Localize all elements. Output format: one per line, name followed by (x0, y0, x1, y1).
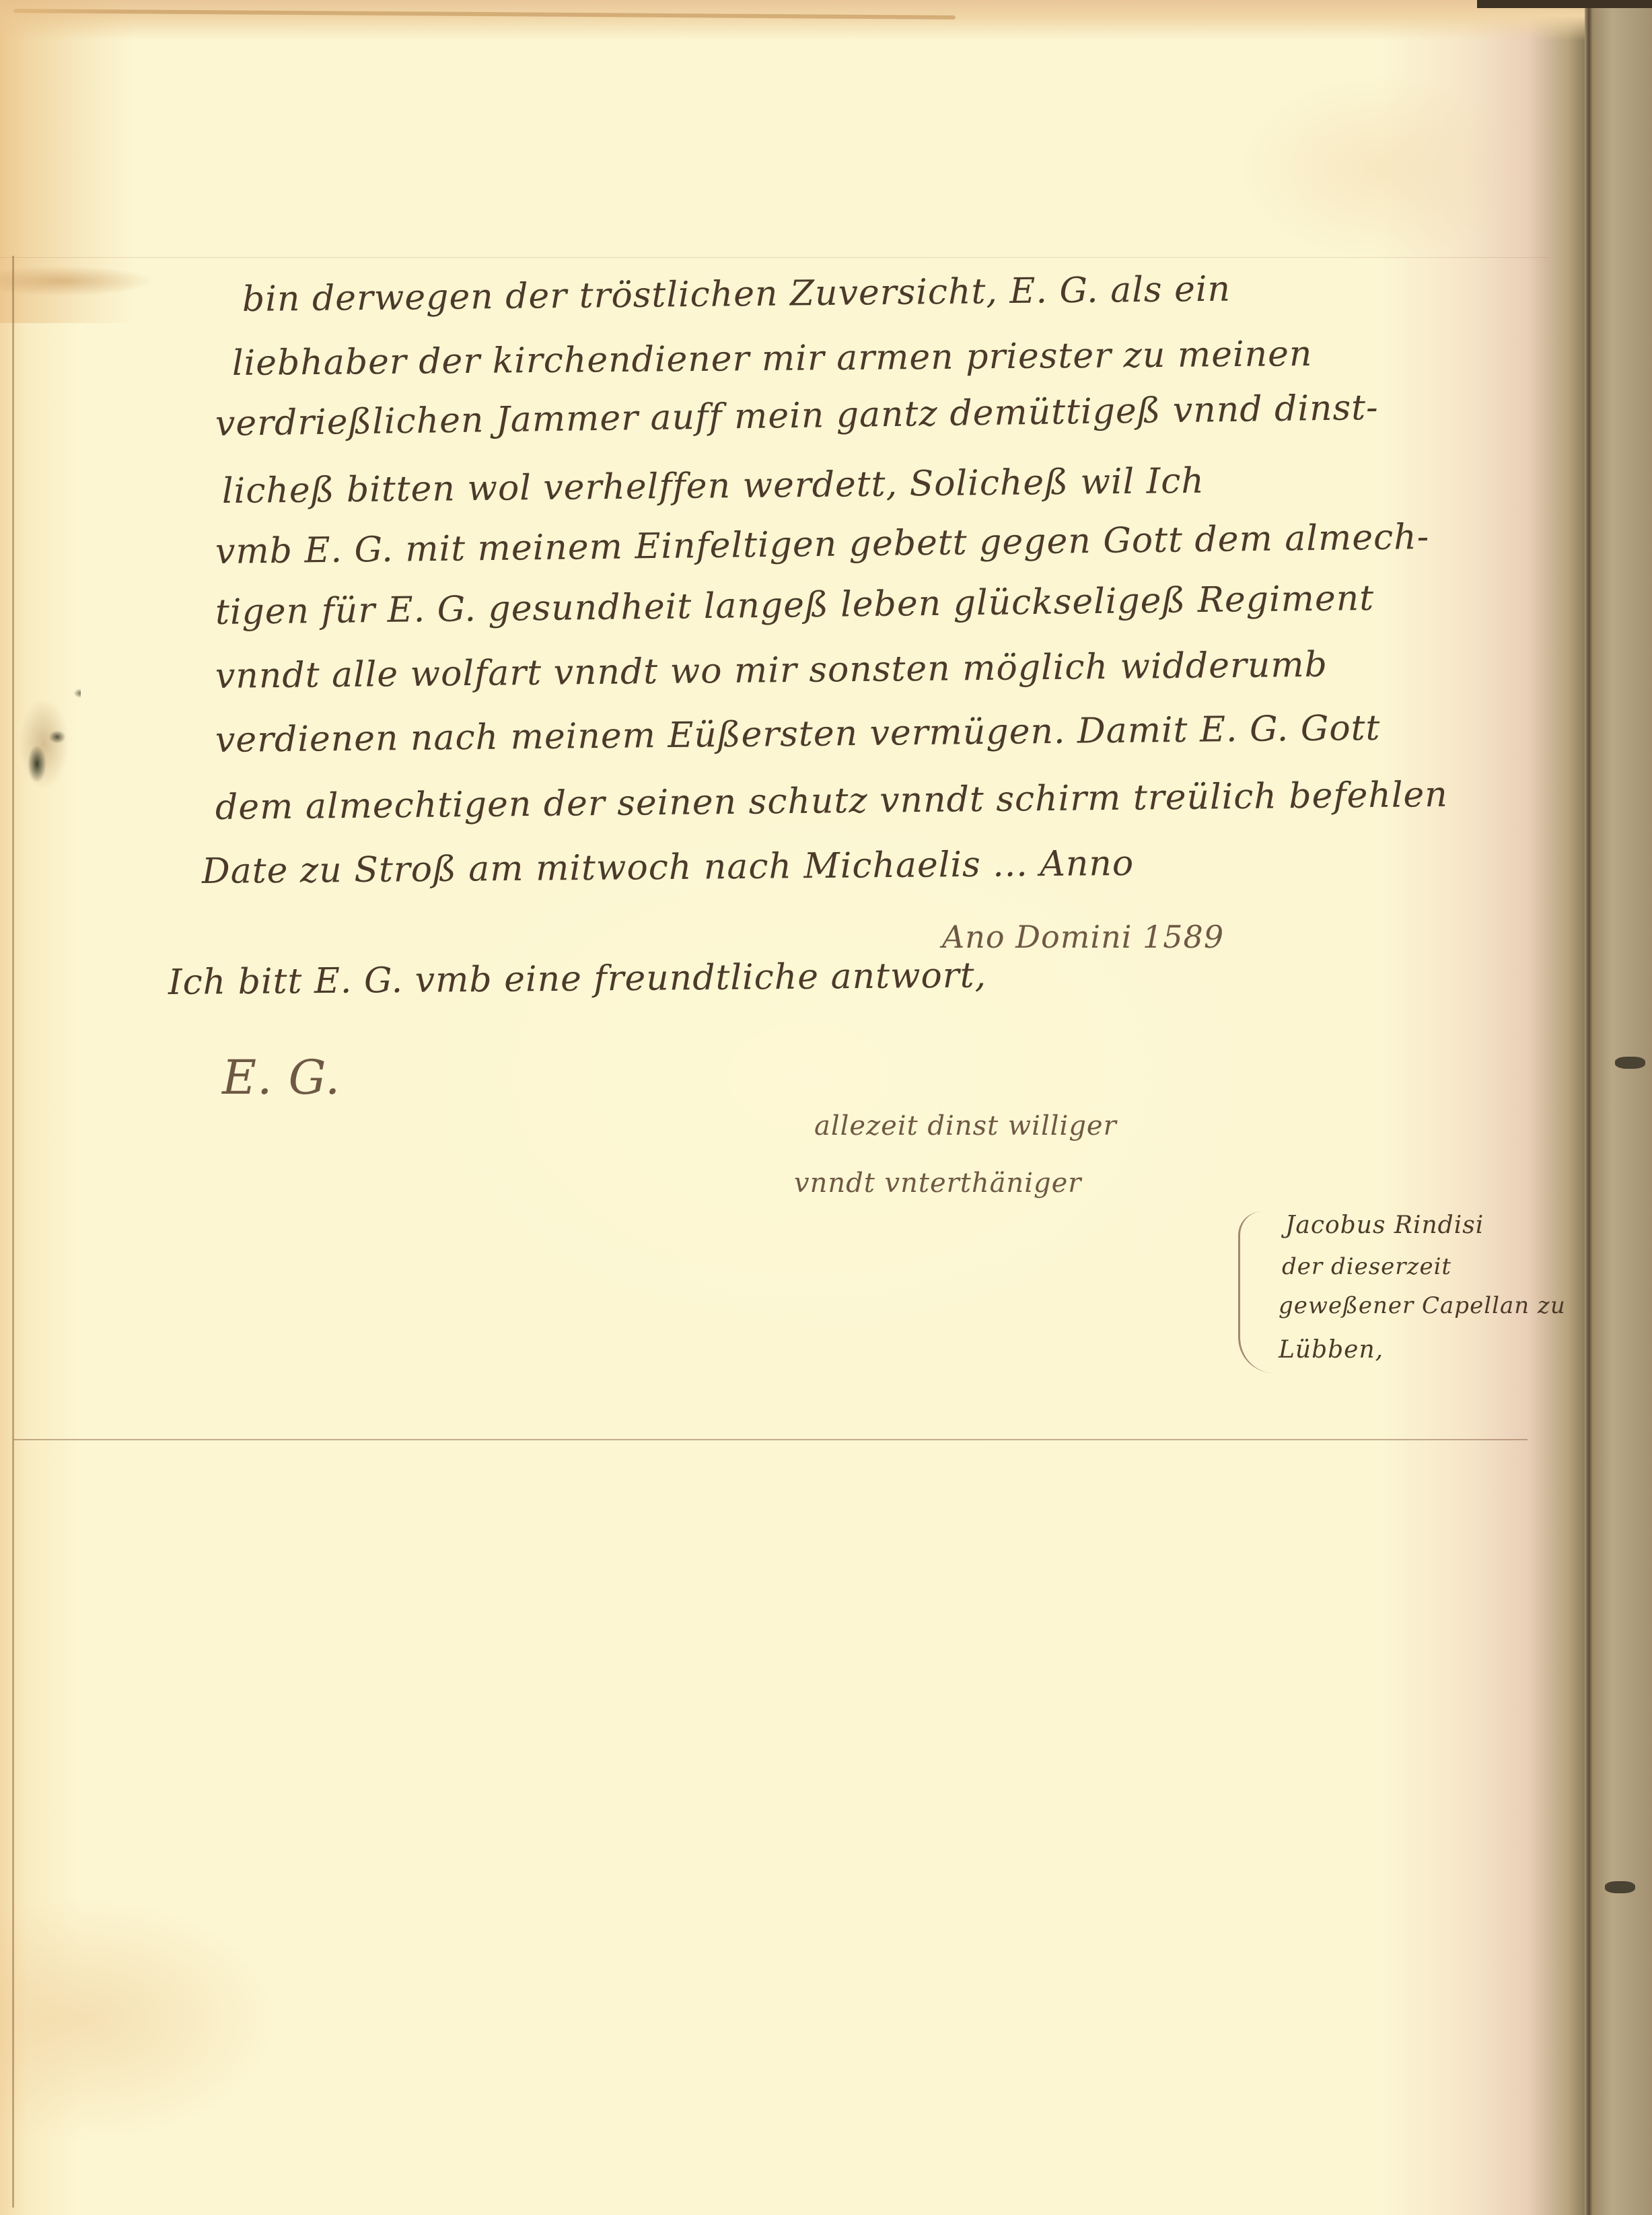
binding-stitch-mark (1615, 1057, 1645, 1069)
binding-top-shadow (1477, 0, 1652, 8)
signature-line-3: geweßener Capellan zu (1279, 1292, 1566, 1319)
signature-line-1: Jacobus Rindisi (1285, 1211, 1484, 1239)
left-page-edge (12, 256, 14, 2208)
stain-band (0, 266, 155, 296)
body-line-10: Date zu Stroß am mitwoch nach Michaelis … (202, 843, 1135, 892)
signature-flourish (1238, 1211, 1274, 1373)
ink-blot (7, 663, 81, 798)
date-line: Ano Domini 1589 (942, 919, 1224, 955)
fold-crease (13, 1439, 1528, 1440)
signature-line-2: der dieserzeit (1282, 1253, 1451, 1280)
binding-stitch-mark (1605, 1881, 1635, 1893)
fold-crease-upper (0, 257, 1548, 258)
paper-sheet (0, 0, 1615, 2215)
water-stain-top (0, 0, 1602, 40)
closing-line-2: vnndt vnterthäniger (794, 1168, 1081, 1199)
body-line-11: Ich bitt E. G. vmb eine freundtliche ant… (168, 955, 987, 1003)
signature-line-4: Lübben, (1279, 1336, 1384, 1364)
closing-line-1: allezeit dinst williger (814, 1111, 1117, 1141)
manuscript-scan: bin derwegen der tröstlichen Zuversicht,… (0, 0, 1652, 2215)
salutation-abbrev: E. G. (222, 1050, 340, 1105)
